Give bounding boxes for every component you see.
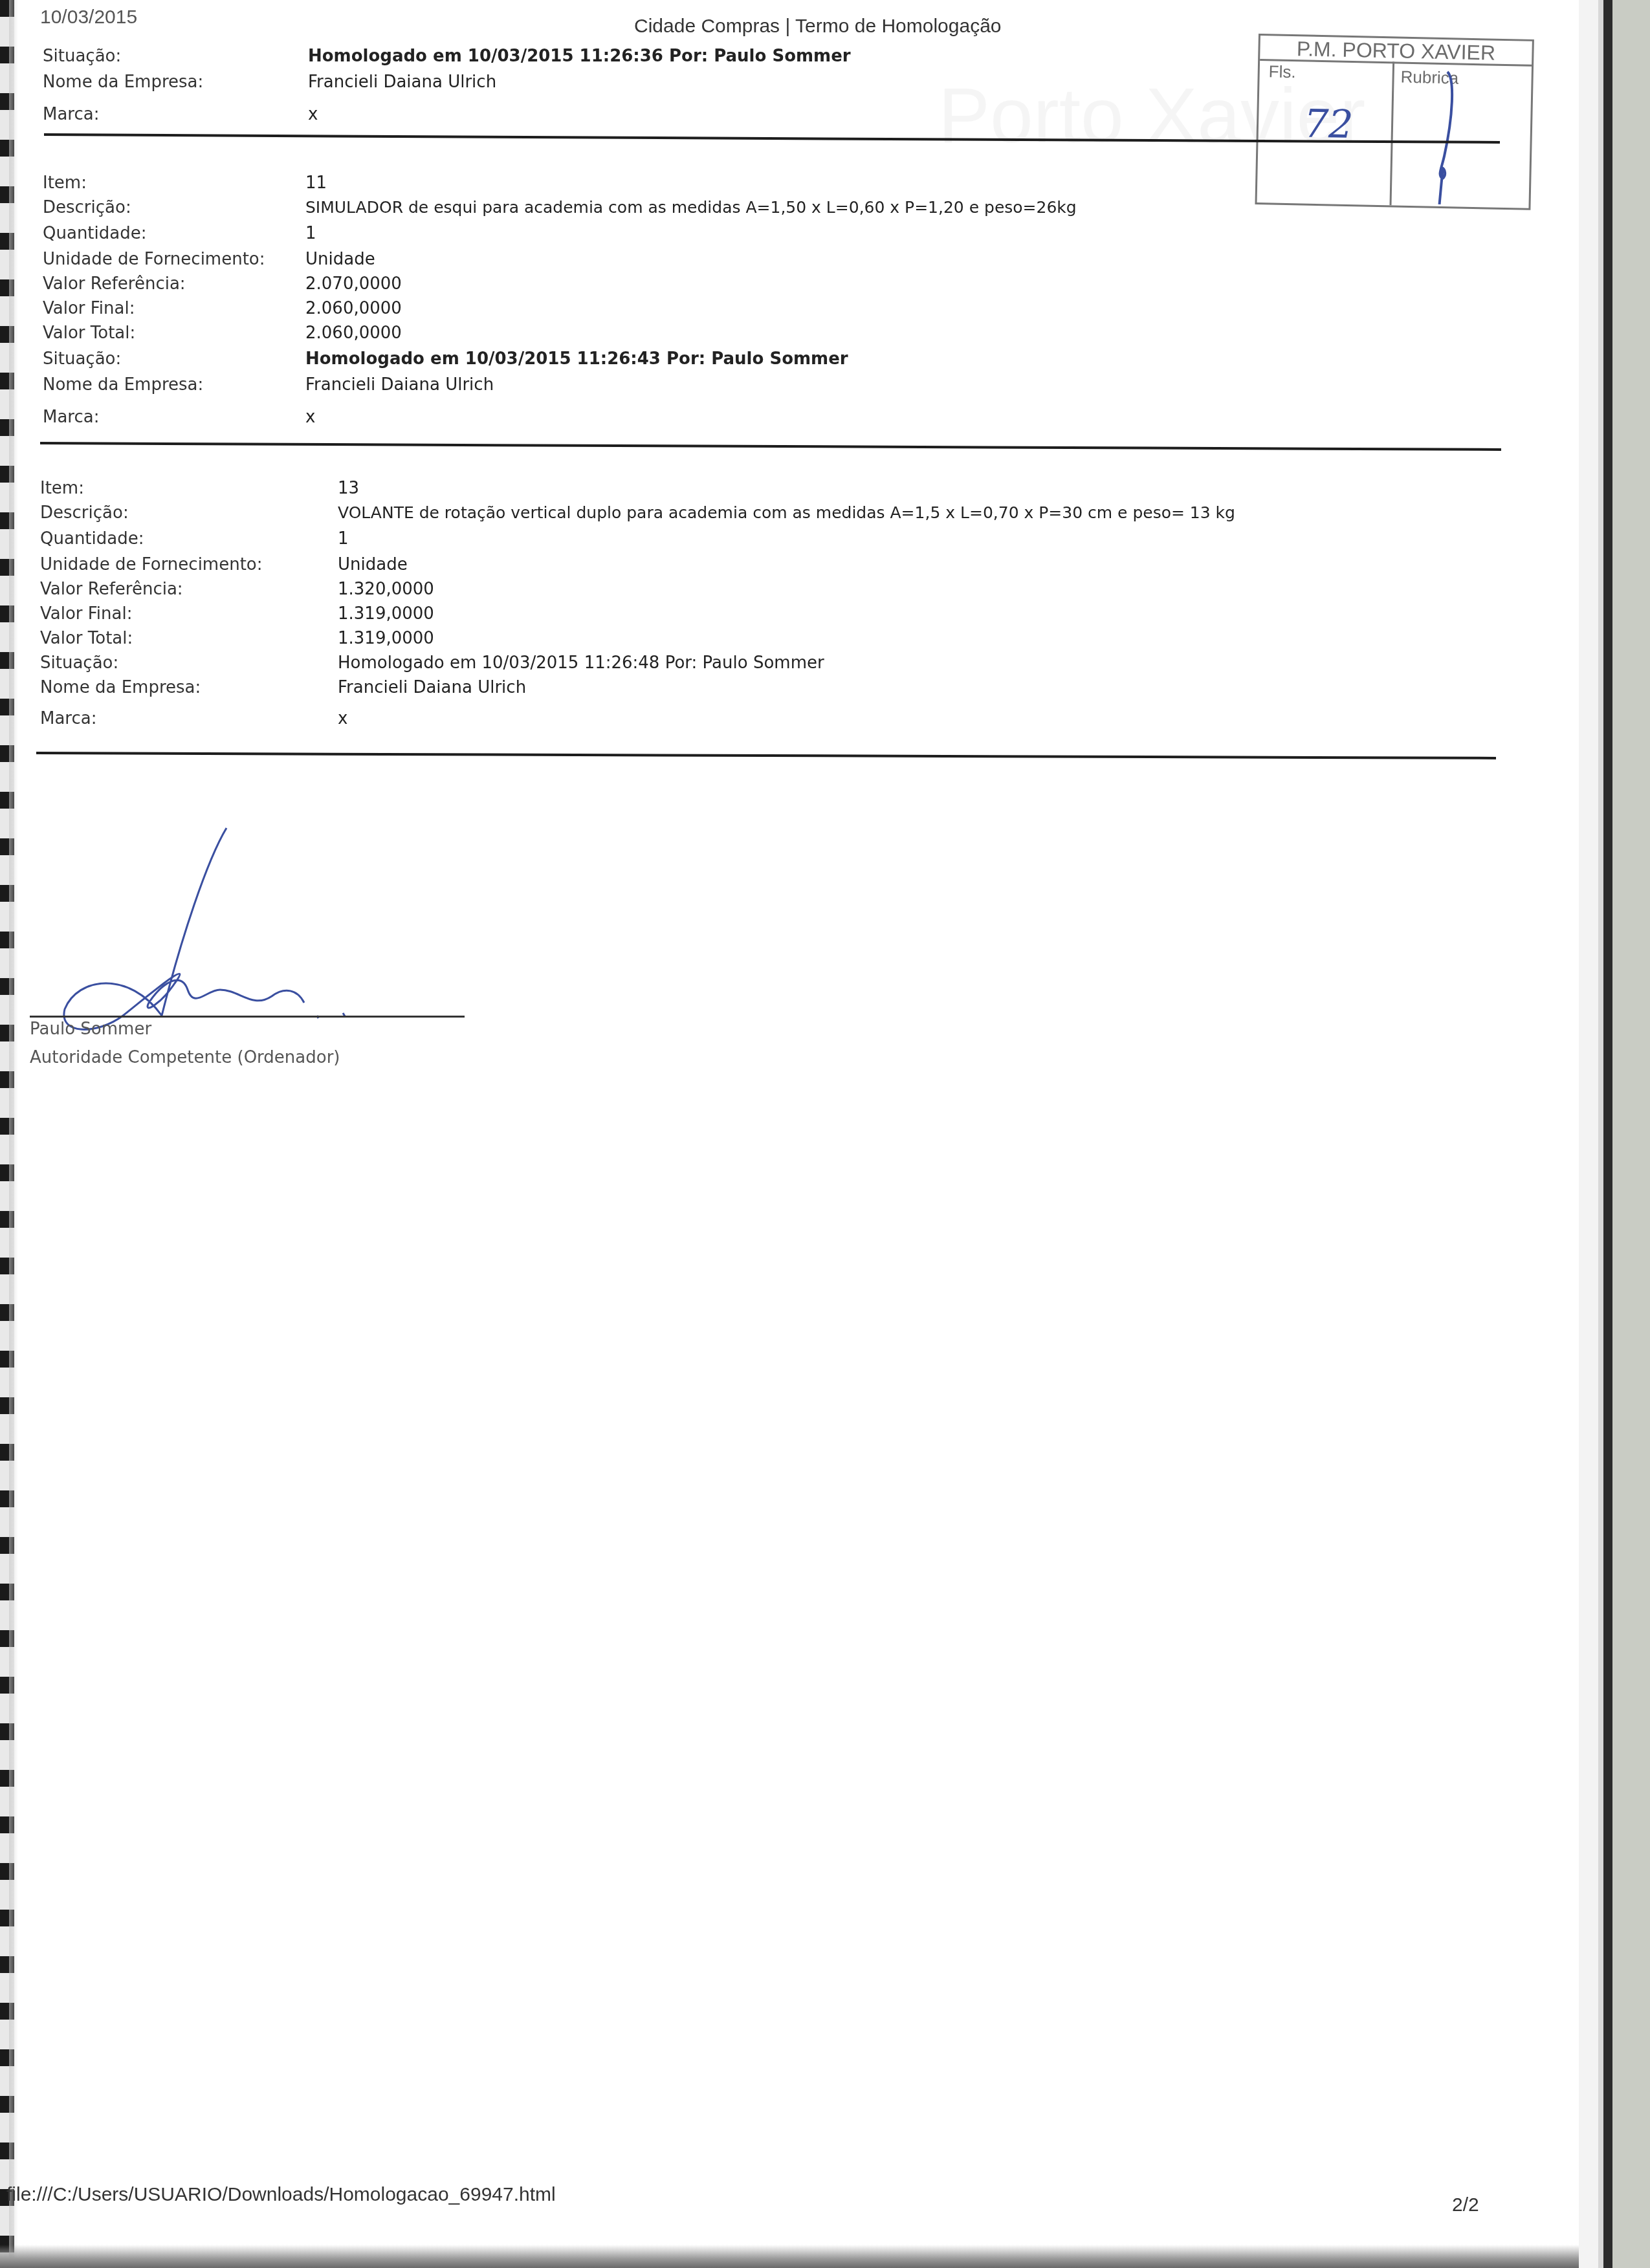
section-divider	[36, 752, 1496, 759]
label-unidade: Unidade de Fornecimento:	[43, 250, 265, 269]
label-item: Item:	[43, 173, 87, 193]
value-nome-empresa: Francieli Daiana Ulrich	[305, 375, 494, 395]
value-item: 13	[338, 479, 359, 498]
page-indicator: 2/2	[1452, 2194, 1479, 2216]
value-item: 11	[305, 173, 327, 193]
label-valor-referencia: Valor Referência:	[40, 580, 183, 599]
print-date: 10/03/2015	[40, 6, 137, 28]
footer-file-path: file:///C:/Users/USUARIO/Downloads/Homol…	[6, 2184, 556, 2206]
value-situacao: Homologado em 10/03/2015 11:26:43 Por: P…	[305, 349, 848, 369]
value-marca: x	[305, 408, 315, 427]
label-unidade: Unidade de Fornecimento:	[40, 555, 263, 574]
stamp-title: P.M. PORTO XAVIER	[1260, 36, 1532, 67]
rubrica-initials-icon	[1418, 65, 1473, 208]
page-edge	[1579, 0, 1650, 2268]
signatory-role: Autoridade Competente (Ordenador)	[30, 1048, 340, 1067]
value-unidade: Unidade	[305, 250, 375, 269]
value-marca: x	[338, 709, 347, 728]
label-valor-total: Valor Total:	[40, 629, 133, 648]
value-unidade: Unidade	[338, 555, 408, 574]
protocol-stamp: P.M. PORTO XAVIER Fls. Rubrica 72	[1255, 34, 1534, 210]
label-descricao: Descrição:	[40, 503, 129, 523]
value-valor-referencia: 2.070,0000	[305, 274, 402, 294]
label-situacao: Situação:	[40, 653, 118, 673]
value-valor-total: 1.319,0000	[338, 629, 434, 648]
label-valor-total: Valor Total:	[43, 323, 135, 343]
label-item: Item:	[40, 479, 84, 498]
value-valor-total: 2.060,0000	[305, 323, 402, 343]
stamp-divider	[1389, 61, 1394, 205]
label-nome-empresa: Nome da Empresa:	[43, 375, 203, 395]
stamp-fls-label: Fls.	[1268, 61, 1296, 82]
label-marca: Marca:	[43, 408, 99, 427]
value-valor-final: 1.319,0000	[338, 604, 434, 624]
label-valor-referencia: Valor Referência:	[43, 274, 186, 294]
value-valor-final: 2.060,0000	[305, 299, 402, 318]
value-marca: x	[308, 105, 318, 124]
label-marca: Marca:	[40, 709, 96, 728]
label-quantidade: Quantidade:	[40, 529, 144, 549]
document-title: Cidade Compras | Termo de Homologação	[634, 16, 1002, 38]
value-nome-empresa: Francieli Daiana Ulrich	[338, 678, 526, 697]
label-nome-empresa: Nome da Empresa:	[43, 72, 203, 92]
signature-line	[30, 1016, 465, 1018]
label-situacao: Situação:	[43, 47, 121, 66]
label-marca: Marca:	[43, 105, 99, 124]
spiral-binding	[0, 0, 14, 2268]
label-descricao: Descrição:	[43, 198, 131, 217]
section-divider	[40, 442, 1501, 451]
label-valor-final: Valor Final:	[43, 299, 135, 318]
value-valor-referencia: 1.320,0000	[338, 580, 434, 599]
value-situacao: Homologado em 10/03/2015 11:26:48 Por: P…	[338, 653, 824, 673]
label-nome-empresa: Nome da Empresa:	[40, 678, 201, 697]
value-quantidade: 1	[338, 529, 349, 549]
value-descricao: SIMULADOR de esqui para academia com as …	[305, 198, 1077, 217]
signatory-name: Paulo Sommer	[30, 1020, 151, 1039]
value-quantidade: 1	[305, 224, 316, 243]
value-nome-empresa: Francieli Daiana Ulrich	[308, 72, 496, 92]
scan-shadow	[0, 2245, 1579, 2268]
label-valor-final: Valor Final:	[40, 604, 132, 624]
label-quantidade: Quantidade:	[43, 224, 146, 243]
handwritten-signature-icon	[26, 822, 479, 1041]
label-situacao: Situação:	[43, 349, 121, 369]
value-descricao: VOLANTE de rotação vertical duplo para a…	[338, 503, 1235, 523]
value-situacao: Homologado em 10/03/2015 11:26:36 Por: P…	[308, 47, 851, 66]
